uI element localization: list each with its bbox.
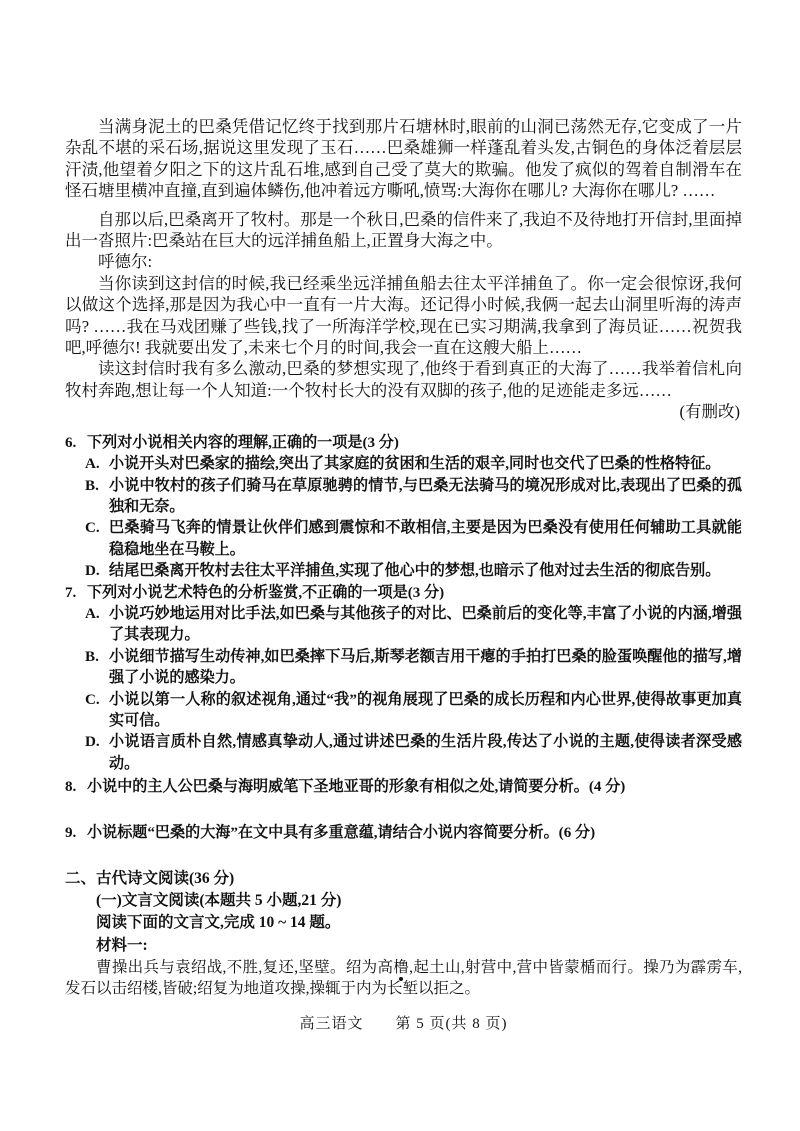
- letter-aftermath: 读这封信时我有多么激动,巴桑的梦想实现了,他终于看到真正的大海了……我举着信札向…: [65, 358, 742, 401]
- classical-text-pre: 曹操出兵与袁绍战,不胜,复还,坚壁。绍为高: [96, 959, 393, 976]
- story-paragraph-2: 自那以后,巴桑离开了牧村。那是一个秋日,巴桑的信件来了,我迫不及待地打开信封,里…: [65, 209, 742, 252]
- option-text: 小说中牧村的孩子们骑马在草原驰骋的情节,与巴桑无法骑马的境况形成对比,表现出了巴…: [109, 478, 742, 515]
- option-text: 小说开头对巴桑家的描绘,突出了其家庭的贫困和生活的艰辛,同时也交代了巴桑的性格特…: [109, 456, 720, 472]
- question-7-stem: 7. 下列对小说艺术特色的分析鉴赏,不正确的一项是(3 分): [65, 583, 742, 604]
- section-two-title: 二、古代诗文阅读(36 分): [65, 868, 742, 890]
- letter-salutation: 呼德尔:: [65, 251, 742, 272]
- question-7: 7. 下列对小说艺术特色的分析鉴赏,不正确的一项是(3 分) A. 小说巧妙地运…: [65, 583, 742, 776]
- reading-passage-story: 当满身泥土的巴桑凭借记忆终于找到那片石塘林时,眼前的山洞已荡然无存,它变成了一片…: [65, 116, 742, 251]
- question-9-number: 9.: [65, 823, 76, 844]
- emphasized-character: 橹: [393, 959, 409, 976]
- option-text: 巴桑骑马飞奔的情景让伙伴们感到震惊和不敢相信,主要是因为巴桑没有使用任何辅助工具…: [109, 520, 742, 557]
- material-one-label: 材料一:: [65, 935, 742, 957]
- option-label: C.: [85, 690, 100, 711]
- question-8-text: 小说中的主人公巴桑与海明威笔下圣地亚哥的形象有相似之处,请简要分析。(4 分): [87, 779, 625, 795]
- option-text: 小说细节描写生动传神,如巴桑摔下马后,斯琴老额吉用干瘪的手拍打巴桑的脸蛋唤醒他的…: [109, 649, 742, 686]
- option-label: C.: [85, 518, 100, 539]
- section-two-instruction: 阅读下面的文言文,完成 10 ~ 14 题。: [65, 912, 742, 934]
- option-text: 小说以第一人称的叙述视角,通过“我”的视角展现了巴桑的成长历程和内心世界,使得故…: [109, 692, 742, 729]
- question-6-option-b: B. 小说中牧村的孩子们骑马在草原驰骋的情节,与巴桑无法骑马的境况形成对比,表现…: [85, 476, 742, 519]
- question-6-stem: 6. 下列对小说相关内容的理解,正确的一项是(3 分): [65, 433, 742, 454]
- question-7-option-a: A. 小说巧妙地运用对比手法,如巴桑与其他孩子的对比、巴桑前后的变化等,丰富了小…: [85, 604, 742, 647]
- question-9: 9. 小说标题“巴桑的大海”在文中具有多重意蕴,请结合小说内容简要分析。(6 分…: [65, 823, 742, 844]
- question-7-number: 7.: [65, 583, 76, 604]
- edit-note: (有删改): [65, 401, 742, 422]
- question-9-text: 小说标题“巴桑的大海”在文中具有多重意蕴,请结合小说内容简要分析。(6 分): [87, 825, 595, 841]
- question-6-number: 6.: [65, 433, 76, 454]
- option-label: B.: [85, 647, 99, 668]
- option-label: B.: [85, 476, 99, 497]
- question-6-option-a: A. 小说开头对巴桑家的描绘,突出了其家庭的贫困和生活的艰辛,同时也交代了巴桑的…: [85, 454, 742, 475]
- question-7-option-c: C. 小说以第一人称的叙述视角,通过“我”的视角展现了巴桑的成长历程和内心世界,…: [85, 690, 742, 733]
- question-8-stem: 8. 小说中的主人公巴桑与海明威笔下圣地亚哥的形象有相似之处,请简要分析。(4 …: [65, 777, 742, 798]
- question-6-option-c: C. 巴桑骑马飞奔的情景让伙伴们感到震惊和不敢相信,主要是因为巴桑没有使用任何辅…: [85, 518, 742, 561]
- story-paragraph-1: 当满身泥土的巴桑凭借记忆终于找到那片石塘林时,眼前的山洞已荡然无存,它变成了一片…: [65, 116, 742, 202]
- questions-block: 6. 下列对小说相关内容的理解,正确的一项是(3 分) A. 小说开头对巴桑家的…: [65, 433, 742, 844]
- option-text: 小说巧妙地运用对比手法,如巴桑与其他孩子的对比、巴桑前后的变化等,丰富了小说的内…: [109, 606, 742, 643]
- section-two: 二、古代诗文阅读(36 分) (一)文言文阅读(本题共 5 小题,21 分) 阅…: [65, 868, 742, 1000]
- classical-passage: 曹操出兵与袁绍战,不胜,复还,坚壁。绍为高橹,起土山,射营中,营中皆蒙楯而行。操…: [65, 957, 742, 1000]
- exam-page: 当满身泥土的巴桑凭借记忆终于找到那片石塘林时,眼前的山洞已荡然无存,它变成了一片…: [0, 0, 800, 1131]
- page-footer: 高三语文 第 5 页(共 8 页): [65, 1012, 742, 1033]
- section-two-subtitle: (一)文言文阅读(本题共 5 小题,21 分): [65, 890, 742, 912]
- reading-passage-letter: 呼德尔: 当你读到这封信的时候,我已经乘坐远洋捕鱼船去往太平洋捕鱼了。你一定会很…: [65, 251, 742, 422]
- question-7-option-d: D. 小说语言质朴自然,情感真挚动人,通过讲述巴桑的生活片段,传达了小说的主题,…: [85, 732, 742, 775]
- letter-body: 当你读到这封信的时候,我已经乘坐远洋捕鱼船去往太平洋捕鱼了。你一定会很惊讶,我何…: [65, 273, 742, 359]
- question-6: 6. 下列对小说相关内容的理解,正确的一项是(3 分) A. 小说开头对巴桑家的…: [65, 433, 742, 583]
- question-7-text: 下列对小说艺术特色的分析鉴赏,不正确的一项是(3 分): [87, 585, 444, 601]
- question-8: 8. 小说中的主人公巴桑与海明威笔下圣地亚哥的形象有相似之处,请简要分析。(4 …: [65, 777, 742, 798]
- option-label: D.: [85, 732, 100, 753]
- option-label: A.: [85, 604, 100, 625]
- option-text: 小说语言质朴自然,情感真挚动人,通过讲述巴桑的生活片段,传达了小说的主题,使得读…: [109, 734, 742, 771]
- question-9-stem: 9. 小说标题“巴桑的大海”在文中具有多重意蕴,请结合小说内容简要分析。(6 分…: [65, 823, 742, 844]
- option-label: D.: [85, 561, 100, 582]
- question-8-number: 8.: [65, 777, 76, 798]
- option-text: 结尾巴桑离开牧村去往太平洋捕鱼,实现了他心中的梦想,也暗示了他对过去生活的彻底告…: [109, 563, 720, 579]
- question-7-option-b: B. 小说细节描写生动传神,如巴桑摔下马后,斯琴老额吉用干瘪的手拍打巴桑的脸蛋唤…: [85, 647, 742, 690]
- option-label: A.: [85, 454, 100, 475]
- question-6-option-d: D. 结尾巴桑离开牧村去往太平洋捕鱼,实现了他心中的梦想,也暗示了他对过去生活的…: [85, 561, 742, 582]
- question-6-text: 下列对小说相关内容的理解,正确的一项是(3 分): [87, 435, 399, 451]
